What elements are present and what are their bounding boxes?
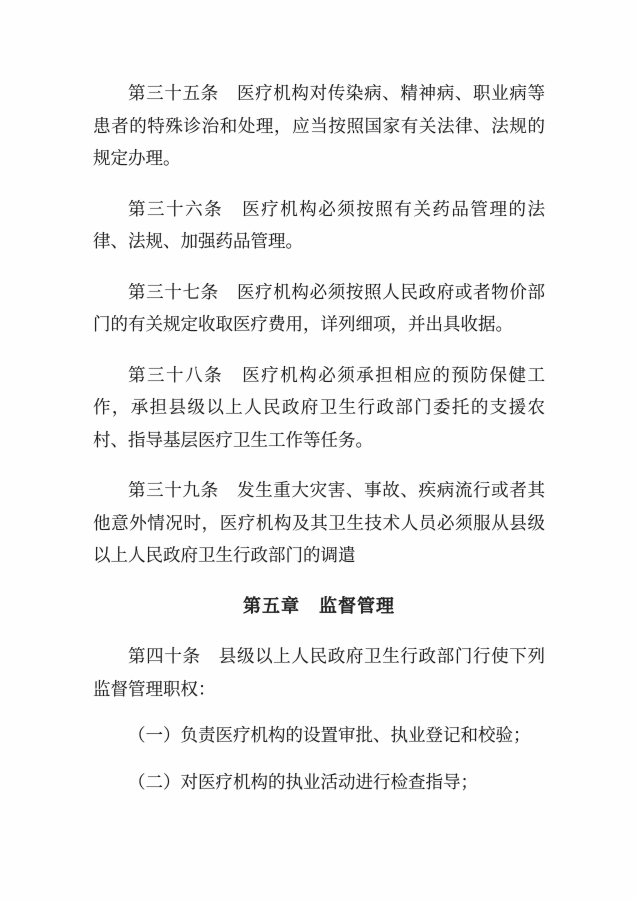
article-36-paragraph: 第三十六条 医疗机构必须按照有关药品管理的法律、法规、加强药品管理。 <box>93 193 545 258</box>
article-40-item-1: （一）负责医疗机构的设置审批、执业登记和校验； <box>93 719 545 752</box>
article-40-intro: 第四十条 县级以上人民政府卫生行政部门行使下列监督管理职权： <box>93 640 545 705</box>
document-body: 第三十五条 医疗机构对传染病、精神病、职业病等患者的特殊诊治和处理，应当按照国家… <box>93 77 545 798</box>
article-39-paragraph: 第三十九条 发生重大灾害、事故、疾病流行或者其他意外情况时，医疗机构及其卫生技术… <box>93 474 545 572</box>
chapter-5-heading: 第五章 监督管理 <box>93 590 545 623</box>
document-page: 第三十五条 医疗机构对传染病、精神病、职业病等患者的特殊诊治和处理，应当按照国家… <box>0 0 636 900</box>
article-37-paragraph: 第三十七条 医疗机构必须按照人民政府或者物价部门的有关规定收取医疗费用，详列细项… <box>93 276 545 341</box>
article-40-item-2: （二）对医疗机构的执业活动进行检查指导； <box>93 766 545 799</box>
article-38-paragraph: 第三十八条 医疗机构必须承担相应的预防保健工作，承担县级以上人民政府卫生行政部门… <box>93 359 545 457</box>
article-35-paragraph: 第三十五条 医疗机构对传染病、精神病、职业病等患者的特殊诊治和处理，应当按照国家… <box>93 77 545 175</box>
